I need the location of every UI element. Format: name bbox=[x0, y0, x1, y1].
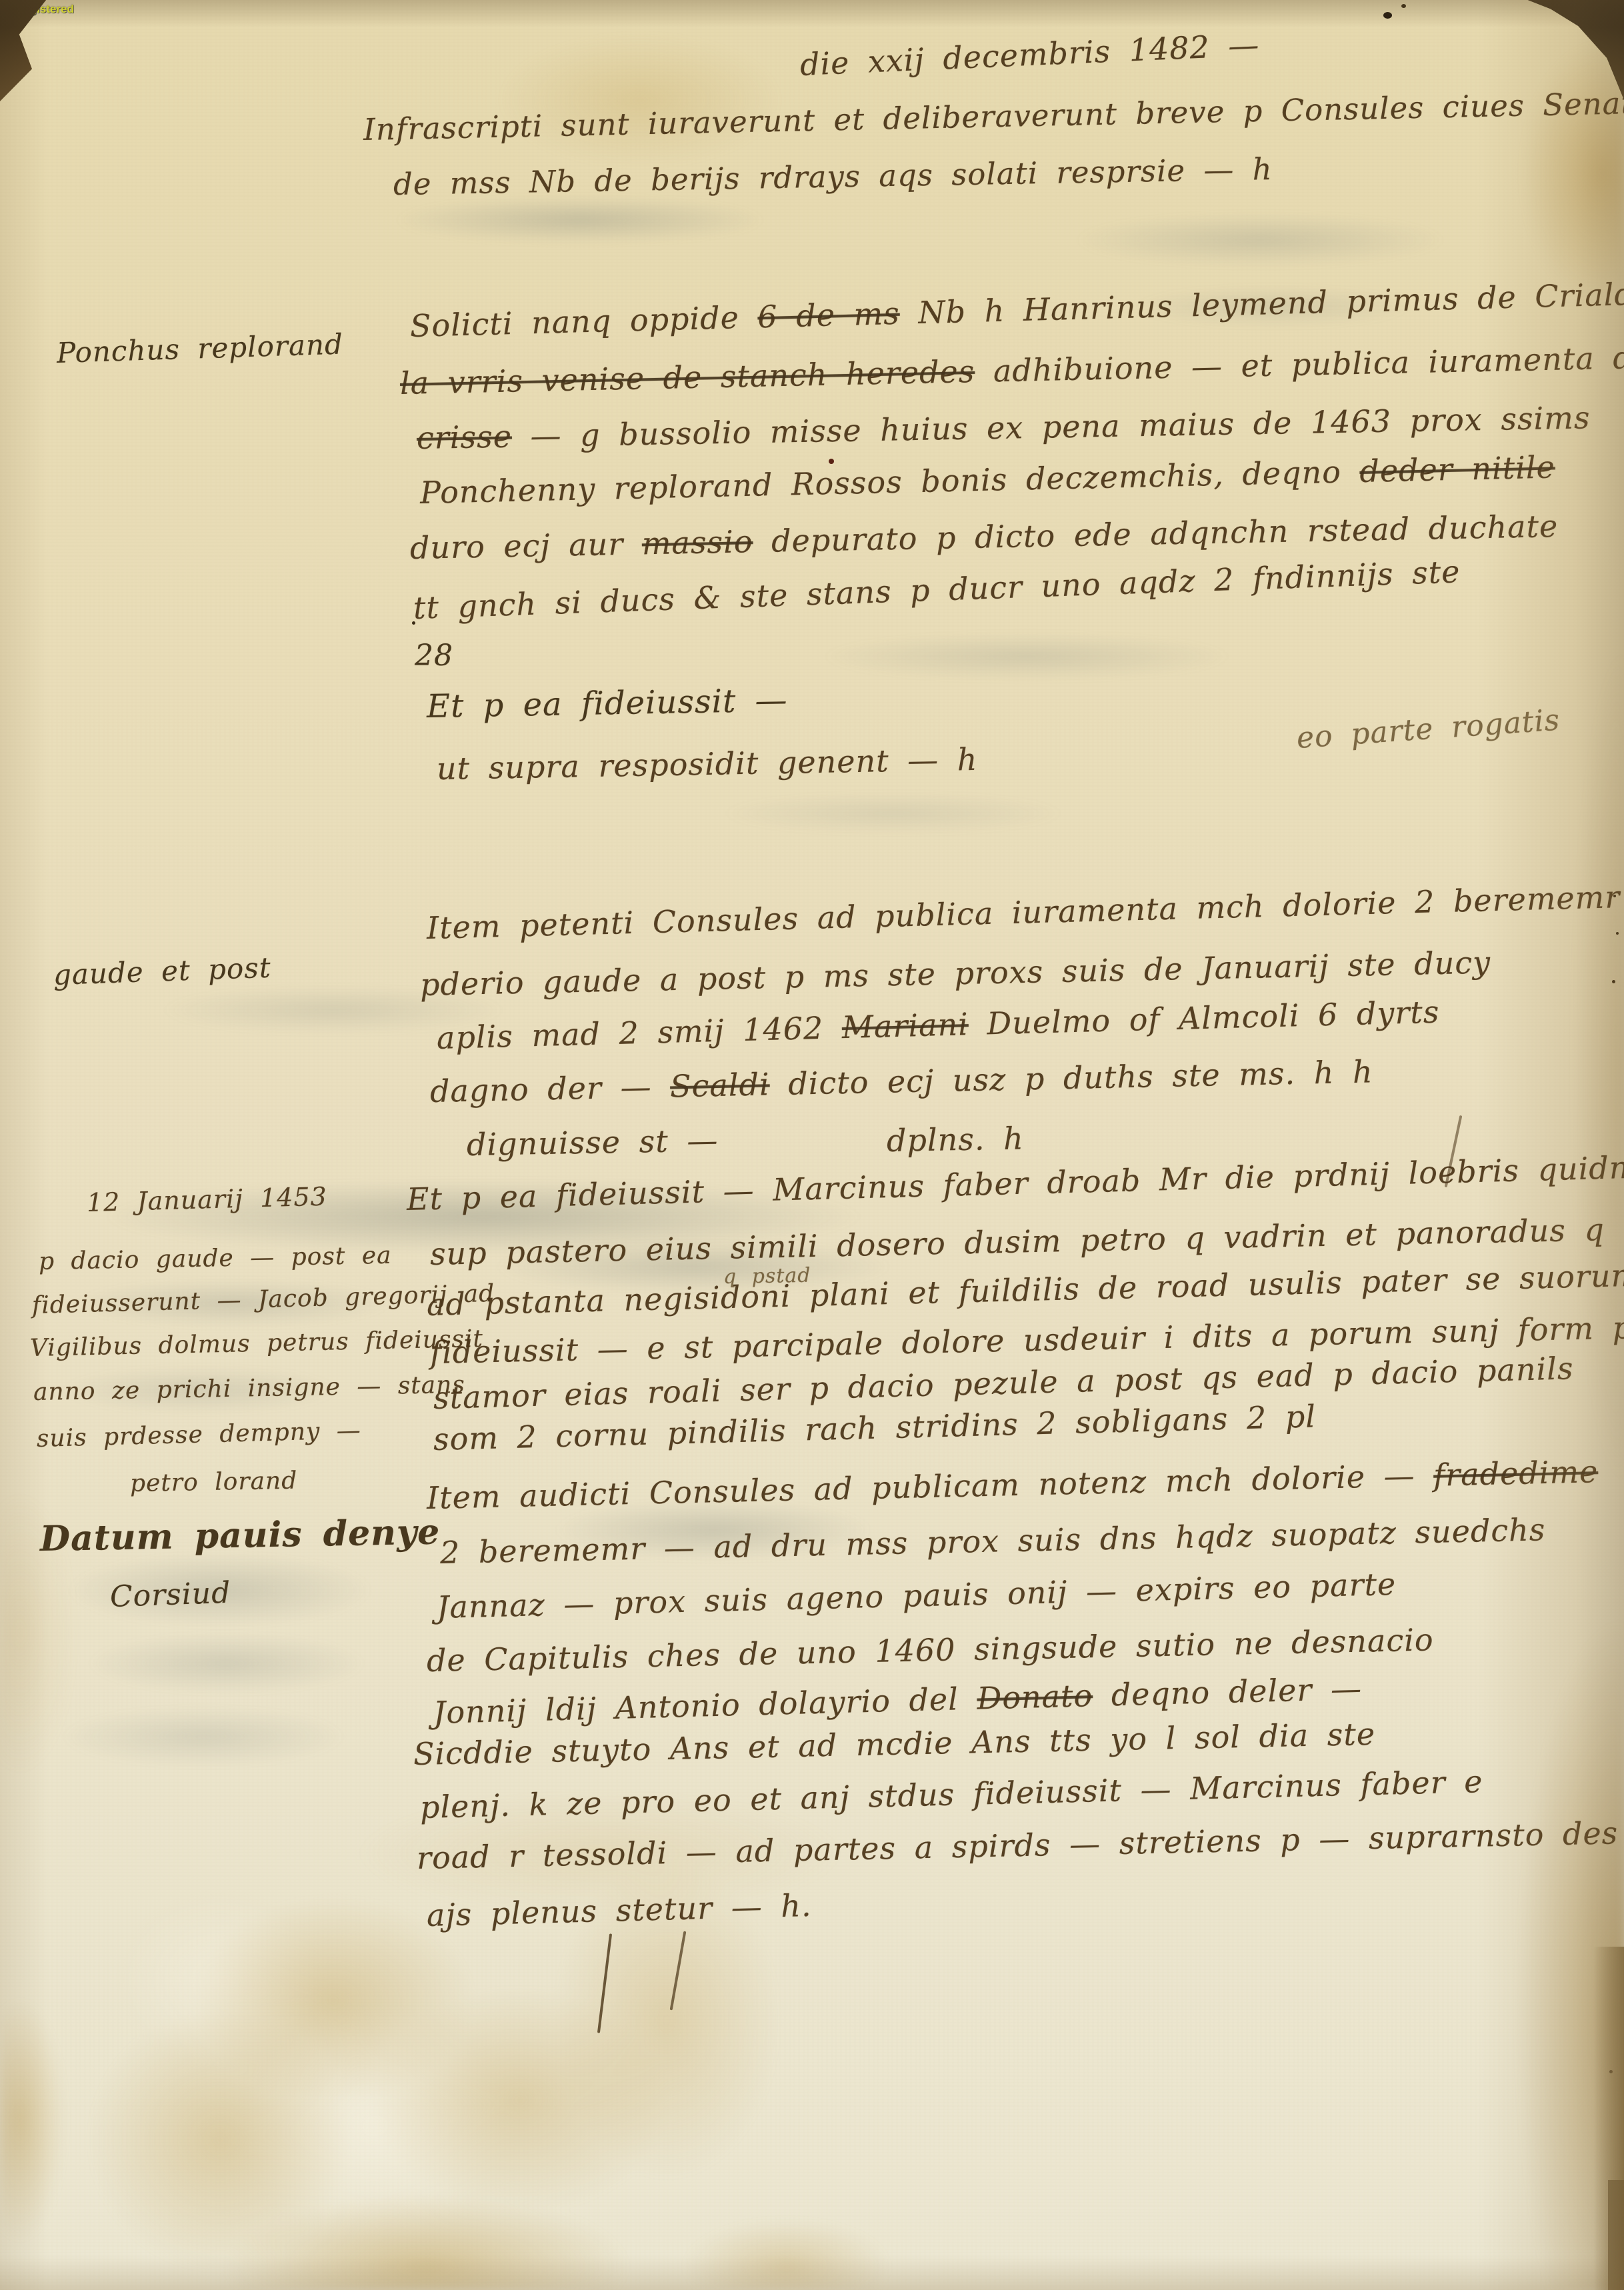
margin-note: Corsiud bbox=[109, 1576, 231, 1614]
manuscript-line: la vrris venise de stanch heredes adhibu… bbox=[399, 337, 1624, 401]
bleedthrough-smudge bbox=[393, 197, 767, 243]
line-text: — g bussolio misse huius ex pena maius d… bbox=[511, 399, 1591, 454]
marginal-mark: 28 bbox=[415, 639, 453, 673]
manuscript-line: de Capitulis ches de uno 1460 singsude s… bbox=[426, 1621, 1434, 1679]
ink-descender bbox=[597, 1933, 612, 2033]
bleedthrough-smudge bbox=[820, 633, 1233, 680]
struck-text: Mariani bbox=[841, 1006, 969, 1045]
ink-speck bbox=[412, 621, 415, 625]
line-text: Nb h Hanrinus leymend primus de Crialdel… bbox=[899, 275, 1624, 331]
bleedthrough-smudge bbox=[60, 1707, 347, 1767]
line-text: depurato p dicto ede adqnchn rstead duch… bbox=[753, 508, 1559, 559]
date-line: die xxij decembris 1482 — bbox=[799, 27, 1261, 83]
bleedthrough-smudge bbox=[1073, 213, 1447, 267]
struck-text: massio bbox=[641, 523, 753, 561]
struck-text: crisse bbox=[417, 419, 513, 456]
margin-note: Ponchus replorand bbox=[56, 328, 343, 369]
struck-text: Scaldi bbox=[670, 1066, 771, 1104]
manuscript-line: Jannaz — prox suis ageno pauis onij — ex… bbox=[436, 1566, 1396, 1625]
line-text: Duelmo of Almcoli 6 dyrts bbox=[968, 994, 1440, 1042]
manuscript-line: Solicti nanq oppide 6 de ms Nb h Hanrinu… bbox=[409, 275, 1624, 344]
manuscript-line: Item petenti Consules ad publica iuramen… bbox=[426, 879, 1621, 946]
line-text: Item audicti Consules ad publicam notenz… bbox=[426, 1457, 1433, 1516]
margin-note: Vigilibus dolmus petrus fideiussit bbox=[30, 1325, 484, 1362]
ink-speck bbox=[1612, 980, 1615, 983]
line-text: aplis mad 2 smij 1462 bbox=[436, 1009, 842, 1056]
manuscript-line: road r tessoldi — ad partes a spirds — s… bbox=[416, 1815, 1618, 1876]
ink-descender bbox=[670, 1931, 687, 2011]
line-text: Jonnij ldij Antonio dolayrio del bbox=[433, 1681, 977, 1731]
intro-line: de mss Nb de berijs rdrays aqs solati re… bbox=[393, 151, 1273, 202]
manuscript-line: crisse — g bussolio misse huius ex pena … bbox=[417, 399, 1591, 456]
manuscript-line: plenj. k ze pro eo et anj stdus fideiuss… bbox=[419, 1763, 1483, 1825]
ink-speck bbox=[1613, 895, 1616, 897]
line-text: adhibuione — et publica iuramenta dono — bbox=[975, 337, 1624, 389]
aside-note: eo parte rogatis bbox=[1295, 703, 1561, 755]
line-text: Solicti nanq oppide bbox=[409, 299, 758, 344]
line-text: dicto ecj usz p duths ste ms. h h bbox=[769, 1053, 1373, 1102]
margin-note: suis prdesse dempny — bbox=[36, 1417, 361, 1453]
ink-speck bbox=[1616, 932, 1619, 935]
manuscript-line: dplns. h bbox=[887, 1120, 1025, 1159]
ink-speck bbox=[1401, 4, 1406, 8]
manuscript-line: ajs plenus stetur — h. bbox=[426, 1887, 812, 1933]
margin-note: gaude et post bbox=[53, 951, 271, 991]
page-corner-top-right-torn bbox=[1509, 0, 1624, 100]
margin-note-datum: Datum pauis denye bbox=[39, 1512, 440, 1559]
margin-note: p dacio gaude — post ea bbox=[39, 1242, 392, 1275]
struck-text: la vrris venise de stanch heredes bbox=[399, 353, 975, 401]
margin-note: anno ze prichi insigne — stans bbox=[33, 1371, 466, 1406]
struck-text: fradedime bbox=[1433, 1453, 1599, 1493]
manuscript-line: pderio gaude a post p ms ste proxs suis … bbox=[419, 944, 1491, 1003]
manuscript-line: tt gnch si ducs & ste stans p ducr uno a… bbox=[413, 553, 1461, 626]
page-edge-right-dark bbox=[1608, 2180, 1624, 2290]
manuscript-page: Unregistered die xxij decembris 1482 — I… bbox=[0, 0, 1624, 2290]
manuscript-line: 2 berememr — ad dru mss prox suis dns hq… bbox=[439, 1511, 1545, 1571]
bleedthrough-smudge bbox=[87, 1633, 367, 1693]
margin-note: fideiusserunt — Jacob gregorij ad bbox=[31, 1280, 495, 1319]
line-text: deqno deler — bbox=[1092, 1671, 1362, 1714]
ink-speck bbox=[1383, 12, 1392, 19]
manuscript-line: Item audicti Consules ad publicam notenz… bbox=[426, 1453, 1598, 1516]
closing-line: ut supra resposidit genent — h bbox=[437, 741, 978, 787]
intro-line: Infrascripti sunt iuraverunt et delibera… bbox=[363, 85, 1624, 147]
margin-note: petro lorand bbox=[130, 1467, 298, 1497]
manuscript-line: dignuisse st — bbox=[467, 1122, 719, 1163]
line-text: duro ecj aur bbox=[409, 525, 642, 566]
margin-date: 12 Januarij 1453 bbox=[86, 1182, 327, 1217]
closing-line: Et p ea fideiussit — bbox=[427, 682, 788, 725]
bleedthrough-smudge bbox=[720, 793, 1067, 833]
ink-speck bbox=[829, 459, 834, 464]
line-text: dagno der — bbox=[429, 1068, 670, 1109]
manuscript-line: Ponchenny replorand Rossos bonis deczemc… bbox=[419, 449, 1555, 511]
manuscript-line: dagno der — Scaldi dicto ecj usz p duths… bbox=[429, 1053, 1373, 1109]
line-text: Ponchenny replorand Rossos bonis deczemc… bbox=[419, 453, 1360, 511]
struck-text: deder nitile bbox=[1359, 449, 1556, 489]
struck-text: 6 de ms bbox=[757, 295, 901, 335]
struck-text: Donato bbox=[977, 1677, 1093, 1717]
manuscript-line: aplis mad 2 smij 1462 Mariani Duelmo of … bbox=[436, 994, 1440, 1056]
